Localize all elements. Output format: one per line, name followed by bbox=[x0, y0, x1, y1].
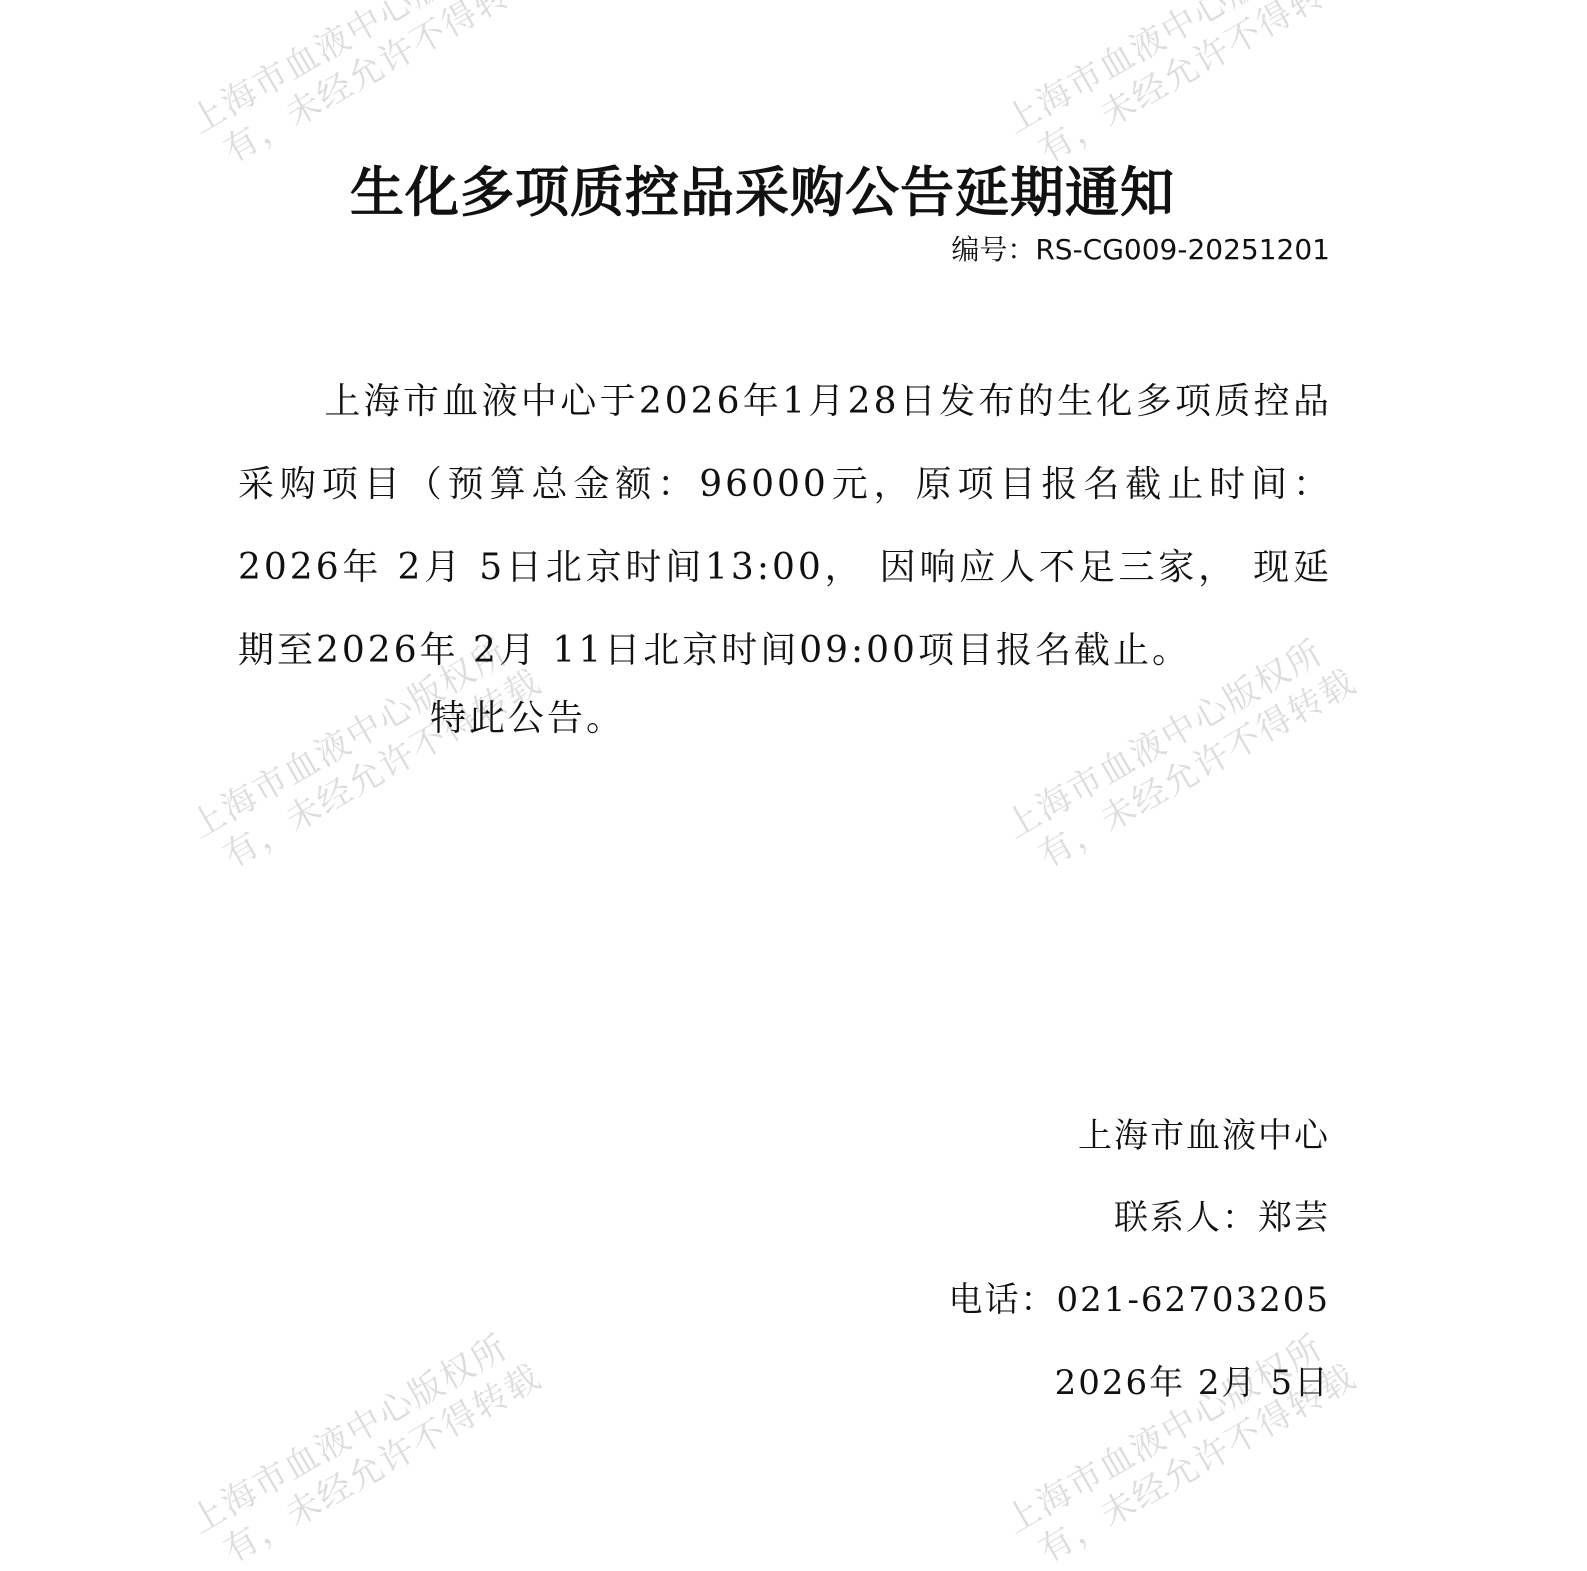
watermark-line-1: 上海市血液中心版权所 bbox=[184, 1327, 516, 1542]
document-number-label: 编号： bbox=[951, 233, 1035, 266]
watermark-line-1: 上海市血液中心版权所 bbox=[184, 0, 516, 142]
signature-date: 2026年 2月 5日 bbox=[1055, 1355, 1330, 1404]
body-paragraph-container: 上海市血液中心于2026年1月28日发布的生化多项质控品采购项目（预算总金额：9… bbox=[238, 360, 1332, 692]
body-paragraph: 上海市血液中心于2026年1月28日发布的生化多项质控品采购项目（预算总金额：9… bbox=[238, 381, 1332, 671]
closing-statement: 特此公告。 bbox=[430, 690, 625, 741]
watermark-line-2: 有，未经允许不得转载 bbox=[204, 1333, 589, 1571]
signature-organization: 上海市血液中心 bbox=[1078, 1108, 1330, 1157]
document-number-value: RS-CG009-20251201 bbox=[1035, 233, 1330, 266]
document-title: 生化多项质控品采购公告延期通知 bbox=[350, 150, 1230, 227]
watermark-line-1: 上海市血液中心版权所 bbox=[999, 0, 1331, 142]
signature-phone: 电话：021-62703205 bbox=[949, 1272, 1330, 1321]
document-number: 编号：RS-CG009-20251201 bbox=[951, 228, 1330, 268]
watermark: 上海市血液中心版权所 有，未经允许不得转载 bbox=[998, 1296, 1404, 1571]
watermark: 上海市血液中心版权所 有，未经允许不得转载 bbox=[183, 1296, 589, 1571]
signature-contact: 联系人：郑芸 bbox=[1114, 1190, 1330, 1239]
